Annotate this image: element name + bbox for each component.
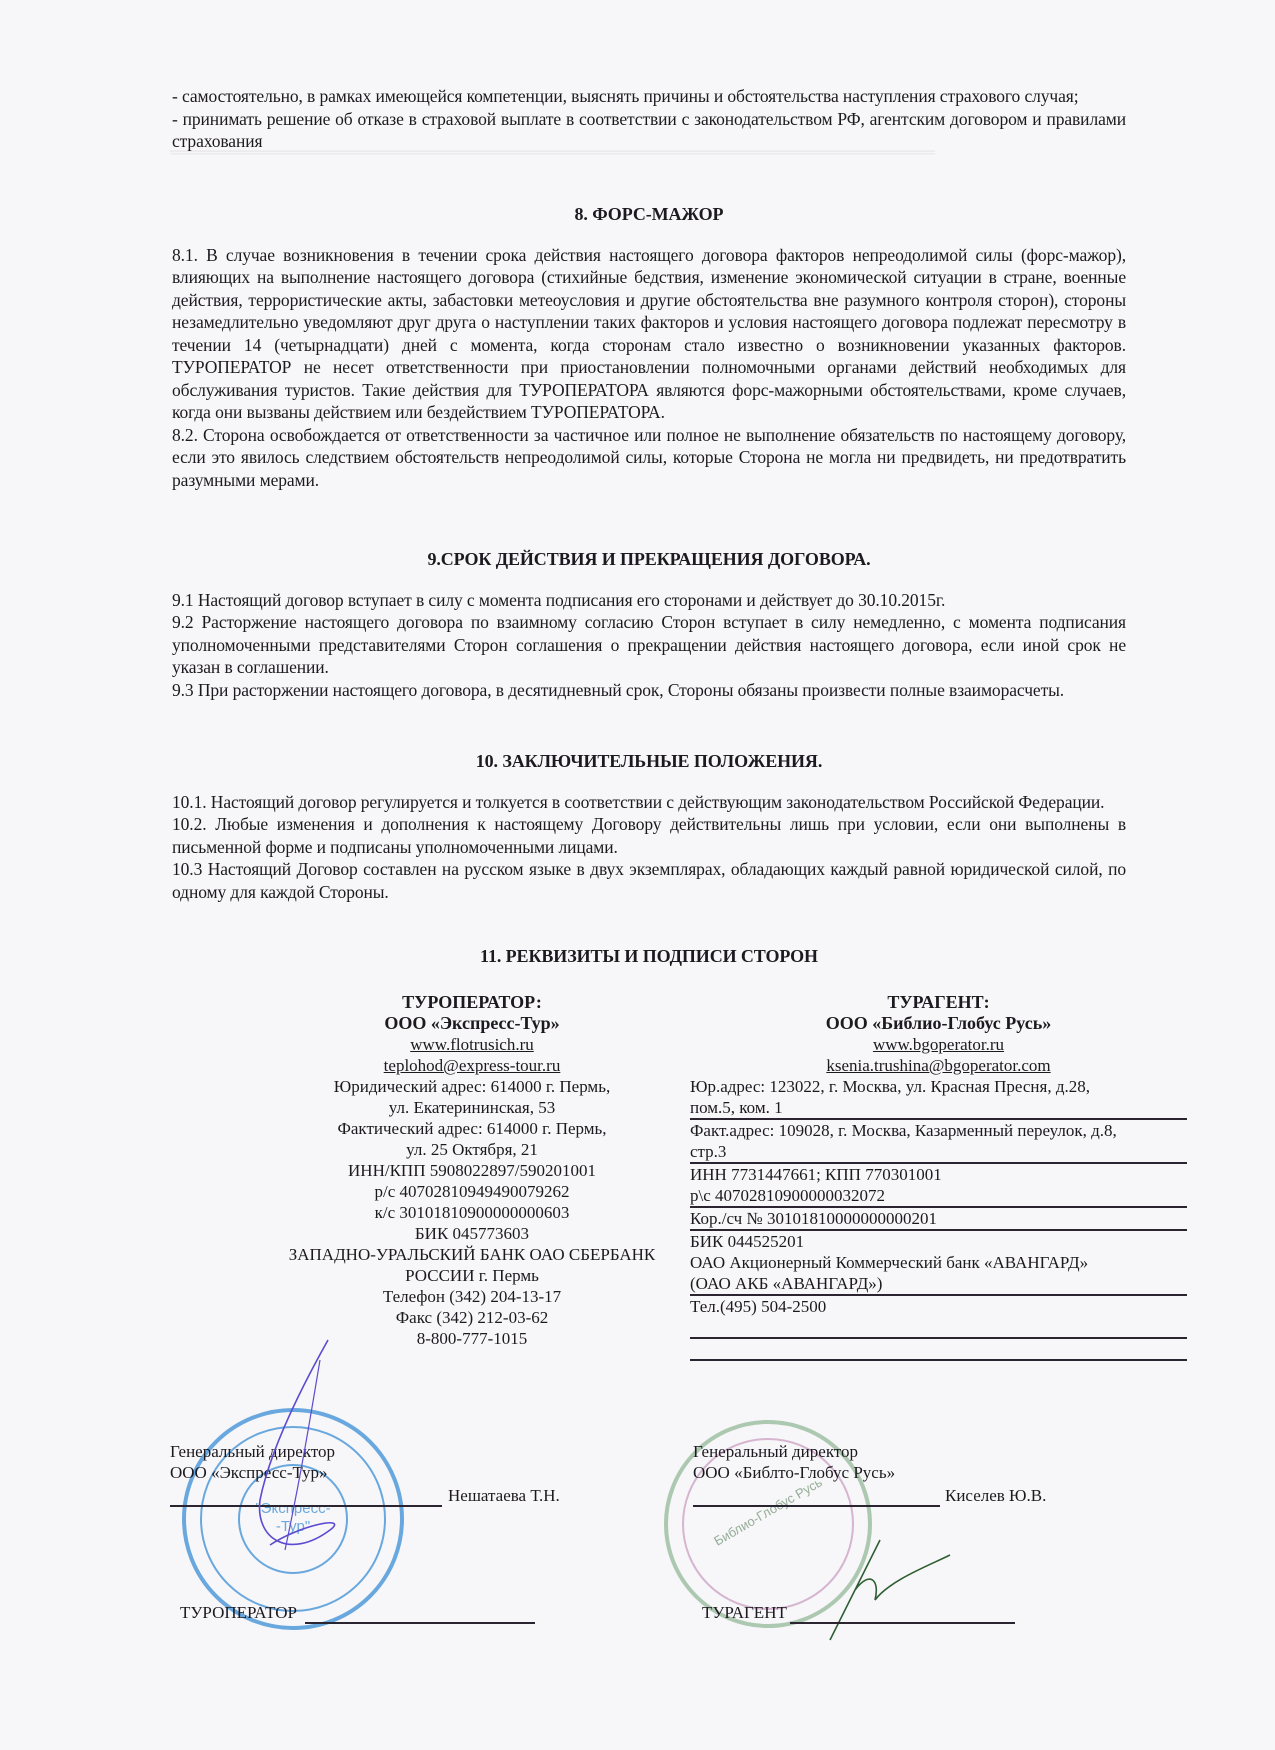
clause-9-2: 9.2 Расторжение настоящего договора по в… (172, 611, 1126, 679)
agent-legal-address-cont: пом.5, ком. 1 (690, 1097, 1187, 1120)
agent-inn-kpp: ИНН 7731447661; КПП 770301001 (690, 1164, 1187, 1185)
operator-sign-label: ТУРОПЕРАТОР (180, 1602, 297, 1623)
section-9-title: 9.СРОК ДЕЙСТВИЯ И ПРЕКРАЩЕНИЯ ДОГОВОРА. (172, 548, 1126, 571)
agent-phone: Тел.(495) 504-2500 (690, 1296, 1187, 1317)
operator-bottom-sign-line (305, 1622, 535, 1624)
operator-phone: Телефон (342) 204-13-17 (272, 1286, 672, 1307)
operator-fax: Факс (342) 212-03-62 (272, 1307, 672, 1328)
agent-bottom-sign-line (790, 1622, 1015, 1624)
clause-10-3: 10.3 Настоящий Договор составлен на русс… (172, 858, 1126, 903)
section-force-majeure: 8. ФОРС-МАЖОР 8.1. В случае возникновени… (172, 203, 1126, 491)
operator-actual-address-street: ул. 25 Октября, 21 (272, 1139, 672, 1160)
agent-corr-account: Кор./сч № 30101810000000000201 (690, 1208, 1187, 1231)
operator-website-link[interactable]: www.flotrusich.ru (272, 1034, 672, 1055)
operator-corr-account: к/с 30101810900000000603 (272, 1202, 672, 1223)
operator-role: ТУРОПЕРАТОР: (272, 992, 672, 1013)
agent-role: ТУРАГЕНТ: (690, 992, 1187, 1013)
operator-name: ООО «Экспресс-Тур» (272, 1013, 672, 1034)
operator-inn-kpp: ИНН/КПП 5908022897/590201001 (272, 1160, 672, 1181)
operator-bik: БИК 045773603 (272, 1223, 672, 1244)
clause-10-1: 10.1. Настоящий договор регулируется и т… (172, 791, 1126, 814)
agent-blank-line-2 (690, 1339, 1187, 1361)
operator-email-link[interactable]: teplohod@express-tour.ru (272, 1055, 672, 1076)
operator-bank-city: РОССИИ г. Пермь (272, 1265, 672, 1286)
agent-email-link[interactable]: ksenia.trushina@bgoperator.com (690, 1055, 1187, 1076)
section-term: 9.СРОК ДЕЙСТВИЯ И ПРЕКРАЩЕНИЯ ДОГОВОРА. … (172, 548, 1126, 701)
agent-bank-short: (ОАО АКБ «АВАНГАРД») (690, 1273, 1187, 1296)
agent-requisites: ТУРАГЕНТ: ООО «Библио-Глобус Русь» www.b… (690, 992, 1187, 1361)
intro-bullets: - самостоятельно, в рамках имеющейся ком… (172, 85, 1126, 153)
section-10-title: 10. ЗАКЛЮЧИТЕЛЬНЫЕ ПОЛОЖЕНИЯ. (172, 750, 1126, 773)
agent-website-link[interactable]: www.bgoperator.ru (690, 1034, 1187, 1055)
clause-8-1: 8.1. В случае возникновения в течении ср… (172, 244, 1126, 424)
operator-actual-address: Фактический адрес: 614000 г. Пермь, (272, 1118, 672, 1139)
agent-actual-address: Факт.адрес: 109028, г. Москва, Казарменн… (690, 1120, 1187, 1141)
operator-legal-address: Юридический адрес: 614000 г. Пермь, (272, 1076, 672, 1097)
agent-actual-address-cont: стр.3 (690, 1141, 1187, 1164)
operator-account: р/с 40702810949490079262 (272, 1181, 672, 1202)
agent-legal-address: Юр.адрес: 123022, г. Москва, ул. Красная… (690, 1076, 1187, 1097)
bullet-1: - самостоятельно, в рамках имеющейся ком… (172, 85, 1126, 108)
operator-signature-icon (230, 1330, 370, 1570)
section-11-title: 11. РЕКВИЗИТЫ И ПОДПИСИ СТОРОН (172, 945, 1126, 968)
section-final: 10. ЗАКЛЮЧИТЕЛЬНЫЕ ПОЛОЖЕНИЯ. 10.1. Наст… (172, 750, 1126, 903)
section-requisites: 11. РЕКВИЗИТЫ И ПОДПИСИ СТОРОН (172, 945, 1126, 968)
bullet-2: - принимать решение об отказе в страхово… (172, 108, 1126, 153)
clause-10-2: 10.2. Любые изменения и дополнения к нас… (172, 813, 1126, 858)
section-8-title: 8. ФОРС-МАЖОР (172, 203, 1126, 226)
agent-signatory: Генеральный директор ООО «Библто-Глобус … (693, 1441, 895, 1483)
agent-signature-icon (820, 1480, 970, 1650)
operator-signatory-name: Нешатаева Т.Н. (448, 1485, 560, 1506)
agent-sign-label: ТУРАГЕНТ (702, 1602, 787, 1623)
document-page: ════════════════════════════════════════… (0, 0, 1275, 1750)
agent-bank: ОАО Акционерный Коммерческий банк «АВАНГ… (690, 1252, 1187, 1273)
agent-account: р\с 40702810900000032072 (690, 1185, 1187, 1208)
clause-9-1: 9.1 Настоящий договор вступает в силу с … (172, 589, 1126, 612)
operator-legal-address-street: ул. Екатерининская, 53 (272, 1097, 672, 1118)
operator-bank: ЗАПАДНО-УРАЛЬСКИЙ БАНК ОАО СБЕРБАНК (272, 1244, 672, 1265)
agent-signatory-title: Генеральный директор (693, 1441, 895, 1462)
agent-name: ООО «Библио-Глобус Русь» (690, 1013, 1187, 1034)
agent-blank-line-1 (690, 1317, 1187, 1339)
clause-8-2: 8.2. Сторона освобождается от ответствен… (172, 424, 1126, 492)
operator-requisites: ТУРОПЕРАТОР: ООО «Экспресс-Тур» www.flot… (272, 992, 672, 1349)
clause-9-3: 9.3 При расторжении настоящего договора,… (172, 679, 1126, 702)
agent-bik: БИК 044525201 (690, 1231, 1187, 1252)
